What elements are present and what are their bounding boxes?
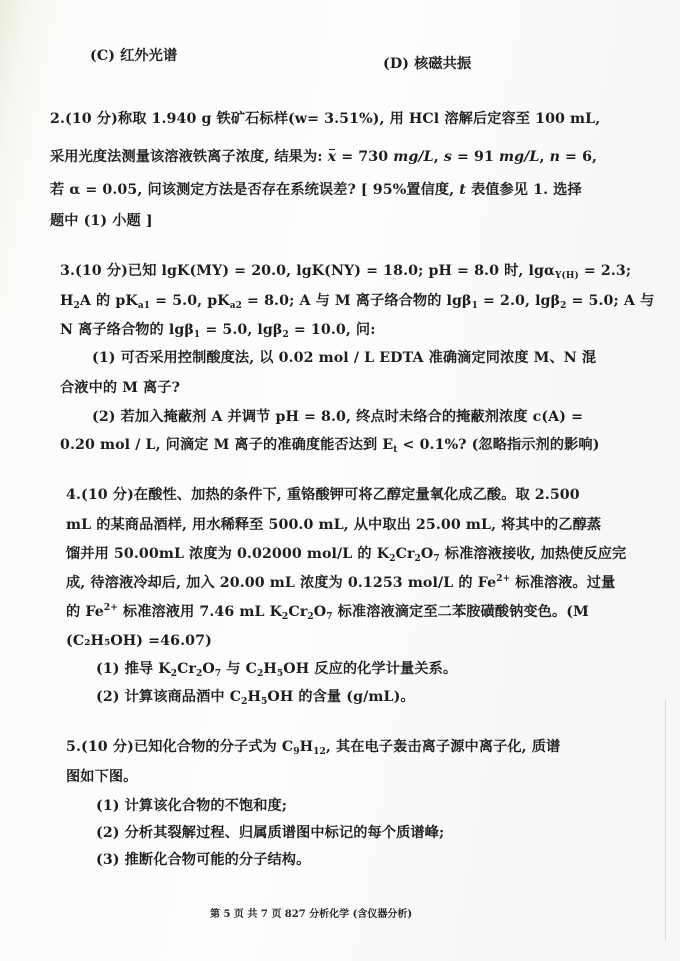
q5-line-2: 图如下图。 — [66, 768, 137, 786]
choice-d-label: (D) — [383, 56, 409, 72]
q3-sub-1: (1) 可否采用控制酸度法, 以 0.02 mol / L EDTA 准确滴定同… — [92, 349, 596, 367]
q4-line-4: 成, 待溶液冷却后, 加入 20.00 mL 浓度为 0.1253 mol/L … — [66, 574, 615, 592]
choice-c-text: 红外光谱 — [120, 48, 177, 64]
q3-line-3: N 离子络合物的 lgβ1 = 5.0, lgβ2 = 10.0, 问: — [60, 321, 376, 339]
q4-sub-1: (1) 推导 K2Cr2O7 与 C2H5OH 反应的化学计量关系。 — [96, 660, 457, 678]
page-footer: 第 5 页 共 7 页 827 分析化学 (含仪器分析) — [210, 905, 412, 920]
choice-d-text: 核磁共振 — [414, 56, 471, 72]
q3-sub-1-cont: 合液中的 M 离子? — [60, 379, 180, 397]
q3-line-1: 3.(10 分)已知 lgK(MY) = 20.0, lgK(NY) = 18.… — [60, 262, 631, 280]
q2-line-3: 若 α = 0.05, 问该测定方法是否存在系统误差? [ 95%置信度, t … — [50, 181, 582, 199]
q4-line-5: 的 Fe2+ 标准溶液用 7.46 mL K2Cr2O7 标准溶液滴定至二苯胺磺… — [66, 603, 589, 621]
q4-line-2: mL 的某商品酒样, 用水稀释至 500.0 mL, 从中取出 25.00 mL… — [66, 516, 601, 534]
q4-line-3: 馏并用 50.00mL 浓度为 0.02000 mol/L 的 K2Cr2O7 … — [66, 545, 626, 563]
q4-line-6: (C₂H₅OH) =46.07) — [66, 632, 212, 650]
q3-line-2: H2A 的 pKa1 = 5.0, pKa2 = 8.0; A 与 M 离子络合… — [60, 292, 654, 310]
q5-sub-3: (3) 推断化合物可能的分子结构。 — [96, 851, 310, 869]
q4-sub-2: (2) 计算该商品酒中 C2H5OH 的含量 (g/mL)。 — [96, 688, 415, 706]
choice-c: (C) 红外光谱 — [90, 47, 177, 65]
q2-line-4: 题中 (1) 小题 ] — [50, 212, 153, 230]
page-edge-shadow — [665, 700, 666, 940]
q3-sub-2: (2) 若加入掩蔽剂 A 并调节 pH = 8.0, 终点时未络合的掩蔽剂浓度 … — [92, 408, 583, 426]
q5-sub-2: (2) 分析其裂解过程、归属质谱图中标记的每个质谱峰; — [96, 824, 444, 842]
choice-d: (D) 核磁共振 — [383, 55, 471, 73]
q2-line-1: 2.(10 分)称取 1.940 g 铁矿石标样(w= 3.51%), 用 HC… — [50, 110, 600, 128]
q5-sub-1: (1) 计算该化合物的不饱和度; — [96, 797, 287, 815]
q2-line-2: 采用光度法测量该溶液铁离子浓度, 结果为: x = 730 mg/L, s = … — [50, 148, 597, 166]
choice-c-label: (C) — [90, 48, 115, 64]
q3-sub-2-cont: 0.20 mol / L, 问滴定 M 离子的准确度能否达到 Et < 0.1%… — [60, 436, 600, 454]
q4-line-1: 4.(10 分)在酸性、加热的条件下, 重铬酸钾可将乙醇定量氧化成乙酸。取 2.… — [66, 486, 580, 504]
exam-page: (C) 红外光谱 (D) 核磁共振 2.(10 分)称取 1.940 g 铁矿石… — [0, 0, 680, 961]
q5-line-1: 5.(10 分)已知化合物的分子式为 C9H12, 其在电子轰击离子源中离子化,… — [66, 738, 560, 756]
